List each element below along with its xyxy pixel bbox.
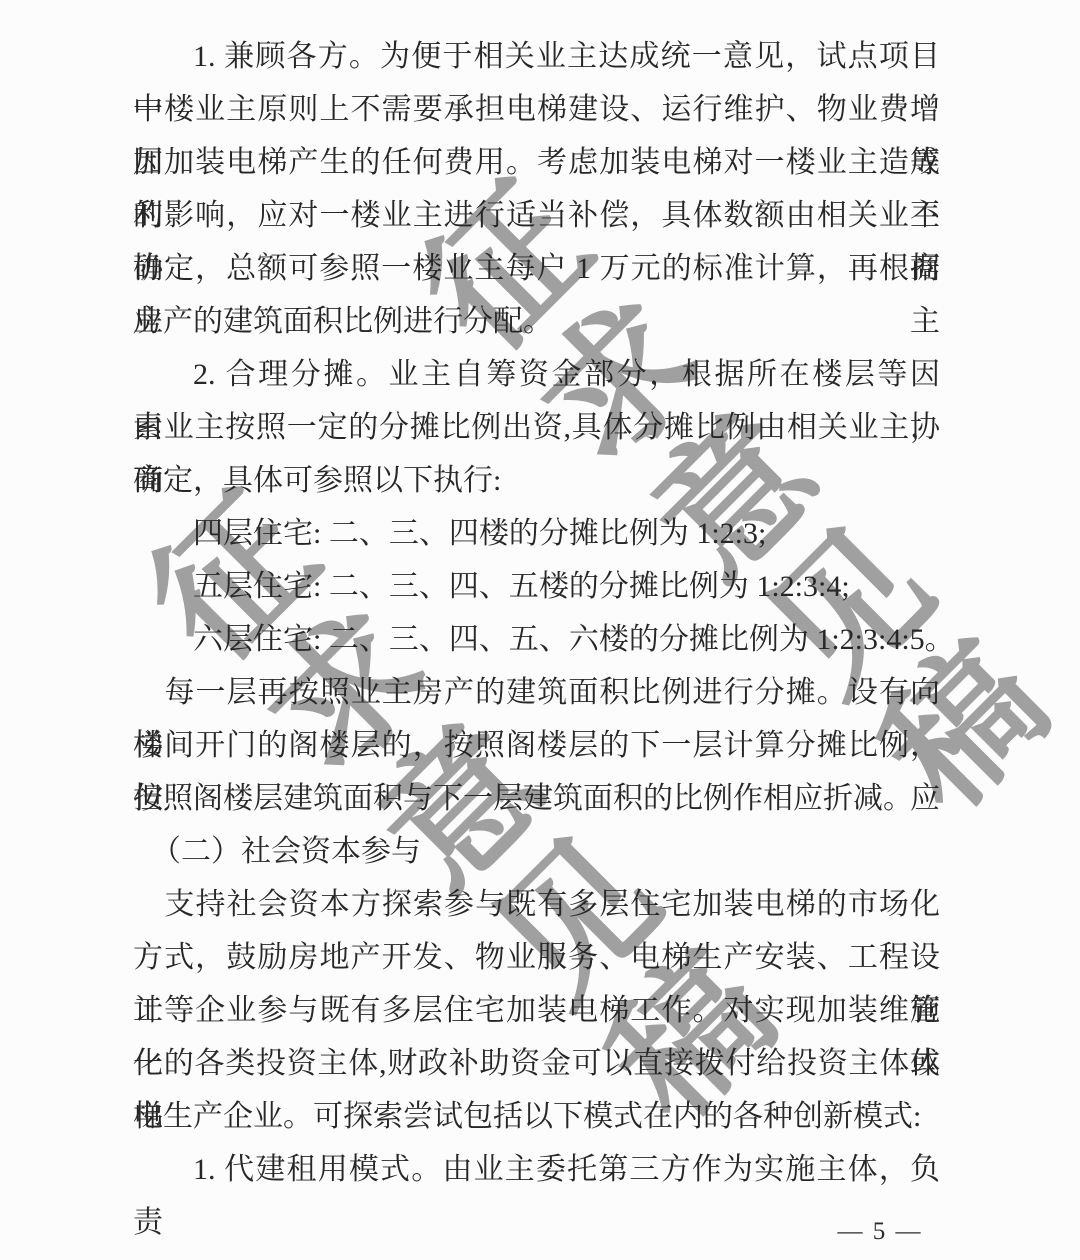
text-line: 因加装电梯产生的任何费用。考虑加装电梯对一楼业主造成的不 [133,136,940,189]
text-line: 方式，鼓励房地产开发、物业服务、电梯生产安装、工程设计施 [133,931,940,984]
text-line-ratio-5story: 五层住宅: 二、三、四、五楼的分摊比例为 1:2:3:4; [133,560,940,613]
text-line: 确定，具体可参照以下执行: [133,454,940,507]
text-line: 1. 代建租用模式。由业主委托第三方作为实施主体，负责 [133,1143,940,1196]
section-heading: （二）社会资本参与 [133,825,940,878]
text-line: 按照阁楼层建筑面积与下一层建筑面积的比例作相应折减。 [133,772,940,825]
page-number: — 5 — [820,1218,940,1246]
text-line: 确定，总额可参照一楼业主每户 1 万元的标准计算，再根据业主 [133,242,940,295]
text-line: 利影响，应对一楼业主进行适当补偿，具体数额由相关业主协商 [133,189,940,242]
text-line: 化的各类投资主体,财政补助资金可以直接拨付给投资主体或电 [133,1037,940,1090]
text-line: 2. 合理分摊。业主自筹资金部分，根据所在楼层等因素， [133,348,940,401]
document-page: 征求意见稿 征求意见稿 1. 兼顾各方。为便于相关业主达成统一意见，试点项目中 … [0,0,1080,1260]
text-line: 工等企业参与既有多层住宅加装电梯工作。对实现加装维管一体 [133,984,940,1037]
text-line: 每一层再按照业主房产的建筑面积比例进行分摊。设有向楼 [133,666,940,719]
text-line: 梯生产企业。可探索尝试包括以下模式在内的各种创新模式: [133,1090,940,1143]
text-line-ratio-4story: 四层住宅: 二、三、四楼的分摊比例为 1:2:3; [133,507,940,560]
text-line: 梯间开门的阁楼层的，按照阁楼层的下一层计算分摊比例，但应 [133,719,940,772]
text-line: 1. 兼顾各方。为便于相关业主达成统一意见，试点项目中 [133,30,940,83]
text-line: 一楼业主原则上不需要承担电梯建设、运行维护、物业费增加等 [133,83,940,136]
text-line: 由业主按照一定的分摊比例出资,具体分摊比例由相关业主协商 [133,401,940,454]
document-text: 1. 兼顾各方。为便于相关业主达成统一意见，试点项目中 一楼业主原则上不需要承担… [133,30,940,1196]
text-line-ratio-6story: 六层住宅: 二、三、四、五、六楼的分摊比例为 1:2:3:4:5。 [133,613,940,666]
text-line: 支持社会资本方探索参与既有多层住宅加装电梯的市场化 [133,878,940,931]
